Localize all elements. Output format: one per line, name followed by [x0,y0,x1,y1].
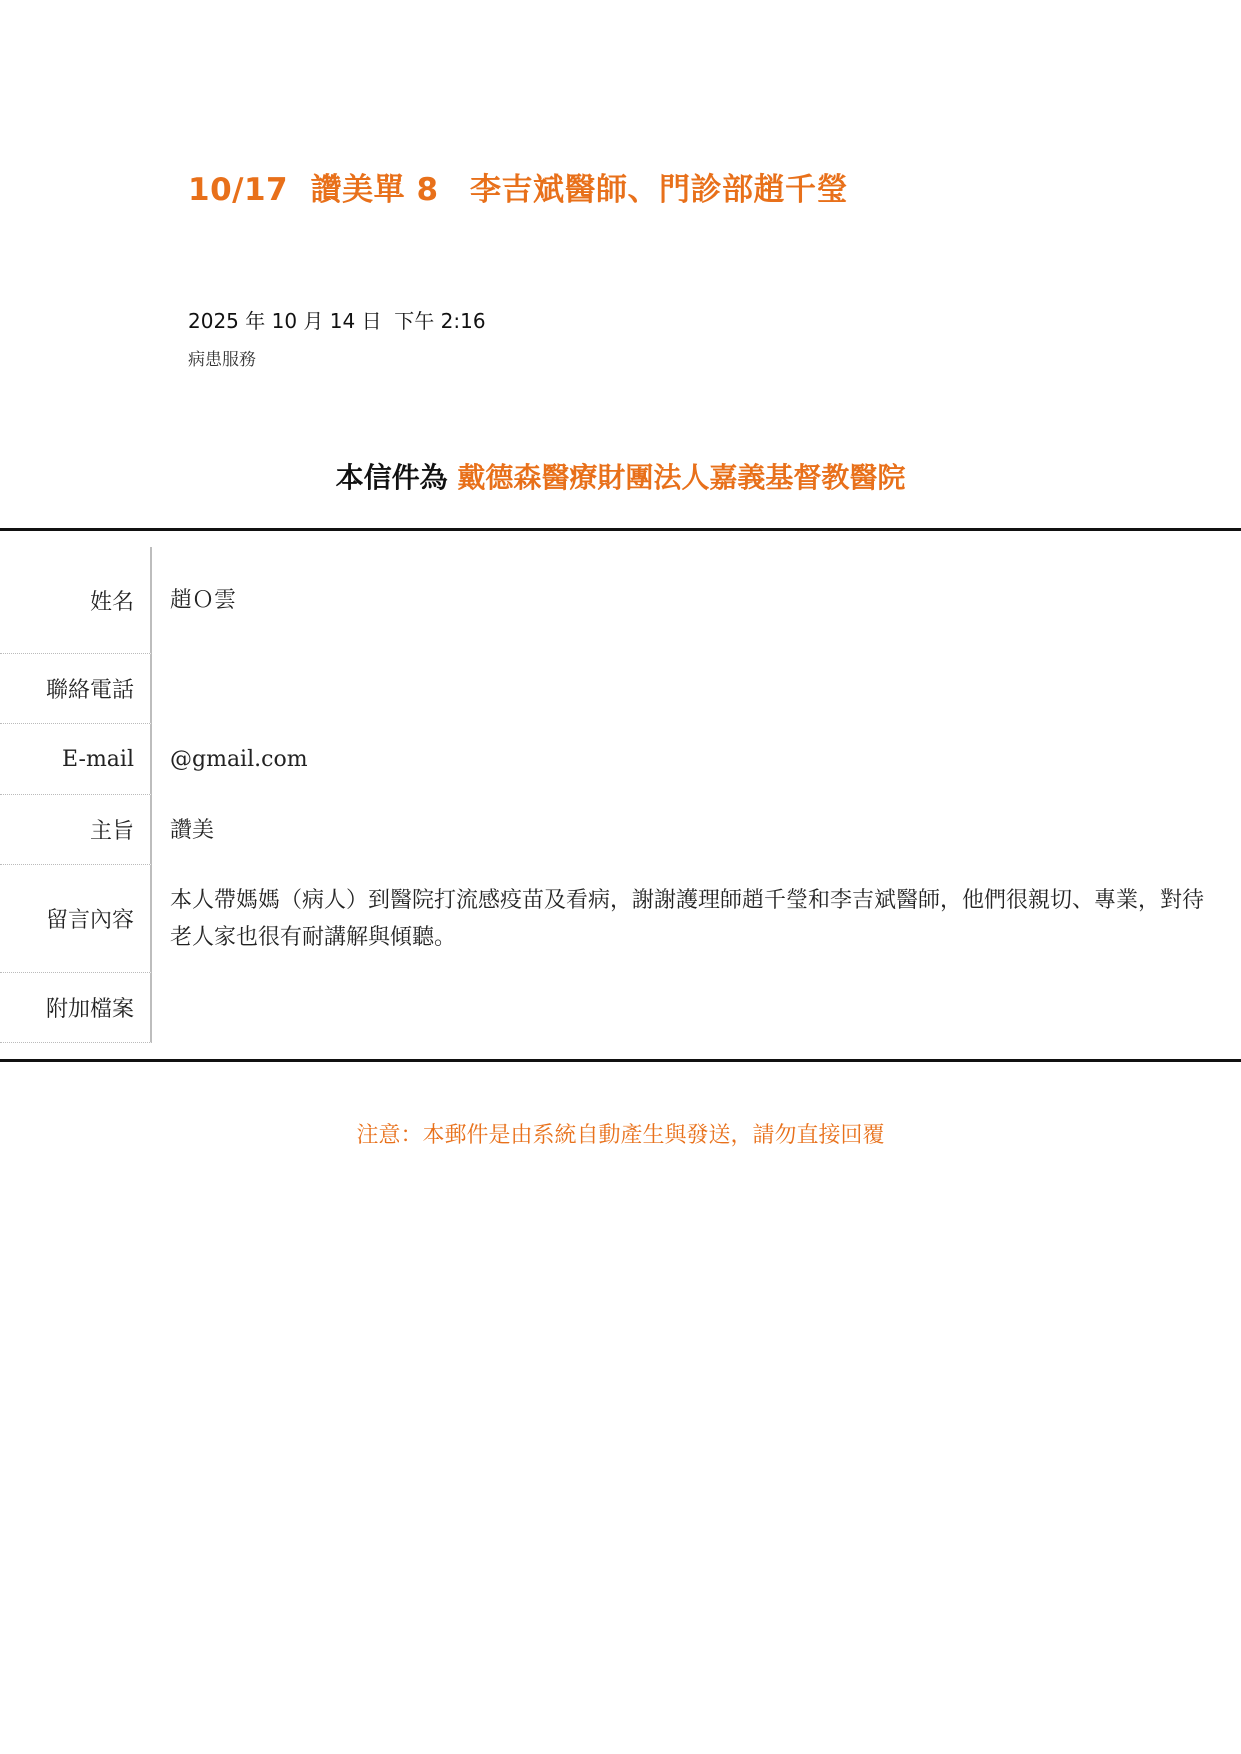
document-title: 10/17 讚美單 8 李吉斌醫師、門診部趙千瑩 [188,164,848,209]
field-label: 附加檔案 [0,973,152,1043]
field-label: 聯絡電話 [0,654,152,724]
form-table: 姓名 趙Ｏ雲 聯絡電話 E-mail @gmail.com 主旨 讚美 留言內容… [0,547,1241,1043]
field-value-message: 本人帶媽媽（病人）到醫院打流感疫苗及看病，謝謝護理師趙千瑩和李吉斌醫師，他們很親… [152,865,1241,973]
bottom-divider [0,1059,1241,1062]
category-label: 病患服務 [188,345,256,370]
field-label: E-mail [0,724,152,795]
sent-date: 2025 年 10 月 14 日 下午 2:16 [188,305,486,334]
notice-heading: 本信件為 戴德森醫療財團法人嘉義基督教醫院 [0,456,1241,496]
field-label: 姓名 [0,547,152,654]
organization-name: 戴德森醫療財團法人嘉義基督教醫院 [457,461,905,494]
field-value-phone [152,654,1241,724]
field-value-email: @gmail.com [152,724,1241,795]
form-row-name: 姓名 趙Ｏ雲 [0,547,1241,654]
form-row-subject: 主旨 讚美 [0,795,1241,865]
field-label: 留言內容 [0,865,152,973]
field-value-subject: 讚美 [152,795,1241,865]
notice-prefix: 本信件為 [336,461,458,494]
top-divider [0,528,1241,531]
auto-reply-notice: 注意：本郵件是由系統自動產生與發送，請勿直接回覆 [0,1118,1241,1149]
field-label: 主旨 [0,795,152,865]
field-value-name: 趙Ｏ雲 [152,547,1241,654]
form-row-message: 留言內容 本人帶媽媽（病人）到醫院打流感疫苗及看病，謝謝護理師趙千瑩和李吉斌醫師… [0,865,1241,973]
field-value-attachment [152,973,1241,1043]
form-row-attachment: 附加檔案 [0,973,1241,1043]
form-row-email: E-mail @gmail.com [0,724,1241,795]
form-row-phone: 聯絡電話 [0,654,1241,724]
